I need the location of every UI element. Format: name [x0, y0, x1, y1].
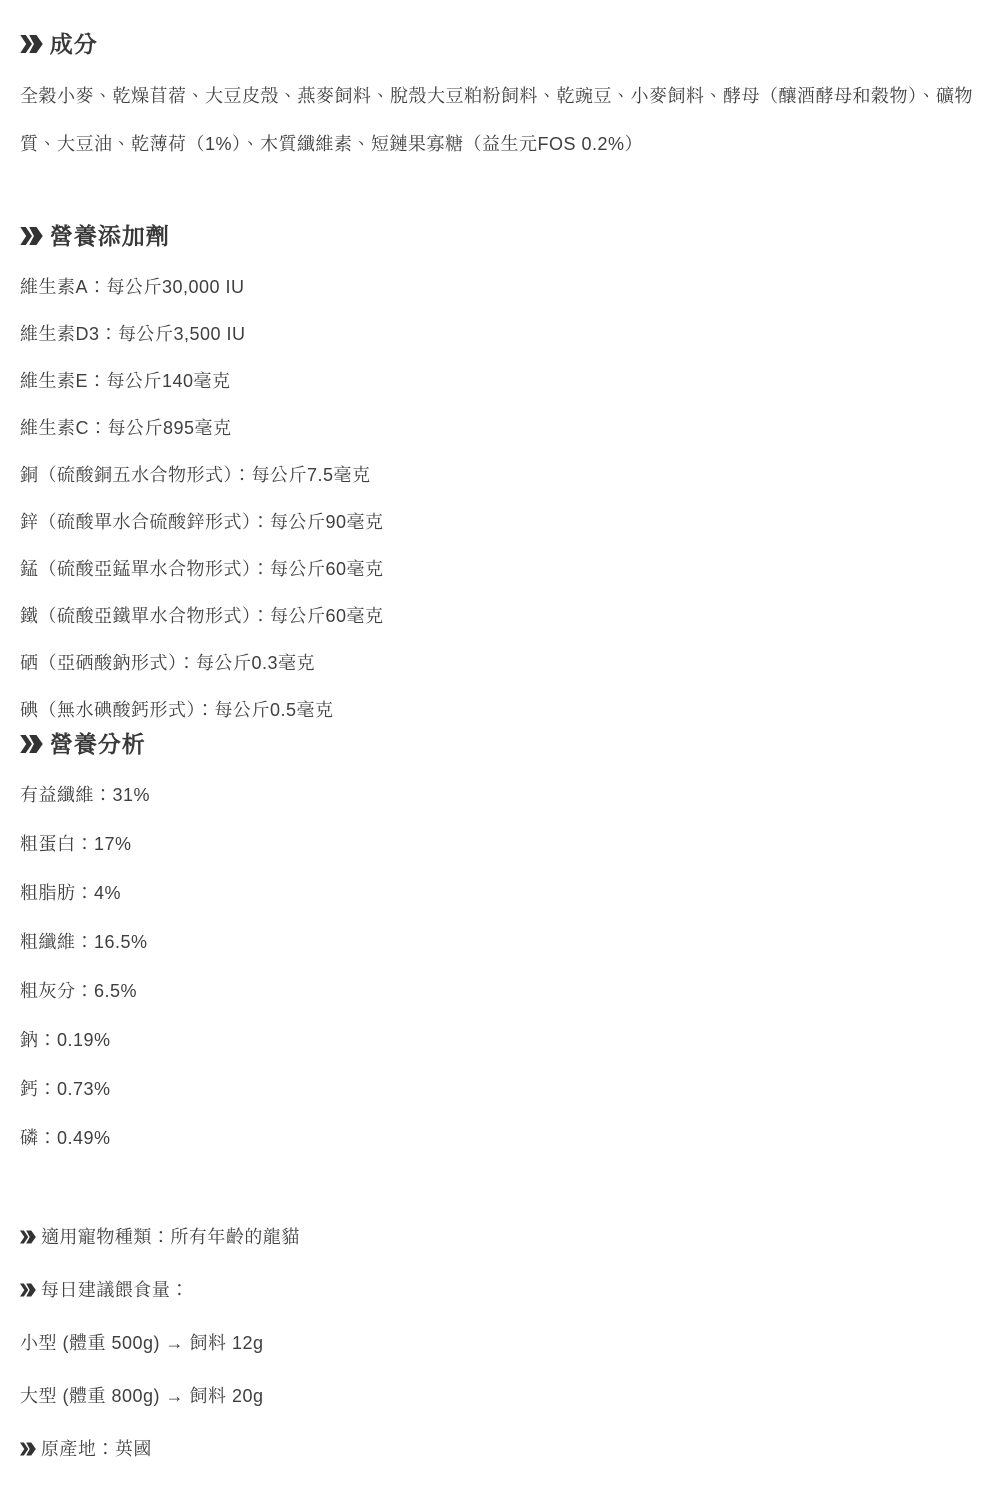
analysis-title-text: 營養分析 [50, 730, 146, 758]
additives-title-text: 營養添加劑 [50, 222, 170, 250]
double-chevron-right-icon [20, 1283, 36, 1296]
additive-item: 維生素C：每公斤895毫克 [20, 418, 980, 438]
analysis-item: 粗蛋白：17% [20, 834, 980, 854]
additive-item: 鋅（硫酸單水合硫酸鋅形式）：每公斤90毫克 [20, 512, 980, 532]
additive-item: 維生素D3：每公斤3,500 IU [20, 324, 980, 344]
ingredients-title-text: 成分 [50, 30, 98, 58]
analysis-item: 有益纖維：31% [20, 785, 980, 805]
additive-item: 錳（硫酸亞錳單水合物形式）：每公斤60毫克 [20, 559, 980, 579]
origin-text: 原產地：英國 [41, 1438, 152, 1460]
feeding-title-text: 每日建議餵食量： [41, 1279, 189, 1301]
ingredients-text: 全穀小麥、乾燥苜蓿、大豆皮殼、燕麥飼料、脫殼大豆粕粉飼料、乾豌豆、小麥飼料、酵母… [20, 72, 980, 168]
additive-item: 維生素A：每公斤30,000 IU [20, 277, 980, 297]
section-additives: 營養添加劑 維生素A：每公斤30,000 IU 維生素D3：每公斤3,500 I… [20, 222, 980, 720]
ingredients-title: 成分 [20, 30, 980, 58]
analysis-item: 鈣：0.73% [20, 1079, 980, 1099]
feeding-title-line: 每日建議餵食量： [20, 1279, 980, 1301]
additive-item: 碘（無水碘酸鈣形式）：每公斤0.5毫克 [20, 700, 980, 720]
analysis-title: 營養分析 [20, 730, 980, 758]
feeding-large-line: 大型 (體重 800g) → 飼料 20g [20, 1385, 980, 1407]
additive-item: 鐵（硫酸亞鐵單水合物形式）：每公斤60毫克 [20, 606, 980, 626]
double-chevron-right-icon [20, 1442, 36, 1455]
double-chevron-right-icon [20, 35, 43, 54]
analysis-item: 鈉：0.19% [20, 1030, 980, 1050]
additive-item: 銅（硫酸銅五水合物形式）：每公斤7.5毫克 [20, 465, 980, 485]
section-analysis: 營養分析 有益纖維：31% 粗蛋白：17% 粗脂肪：4% 粗纖維：16.5% 粗… [20, 730, 980, 1148]
analysis-item: 磷：0.49% [20, 1128, 980, 1148]
additive-item: 維生素E：每公斤140毫克 [20, 371, 980, 391]
additive-item: 硒（亞硒酸鈉形式）：每公斤0.3毫克 [20, 653, 980, 673]
origin-line: 原產地：英國 [20, 1438, 980, 1460]
analysis-item: 粗脂肪：4% [20, 883, 980, 903]
pet-type-line: 適用寵物種類：所有年齡的龍貓 [20, 1226, 980, 1248]
double-chevron-right-icon [20, 227, 43, 246]
analysis-item: 粗灰分：6.5% [20, 981, 980, 1001]
feeding-small-line: 小型 (體重 500g) → 飼料 12g [20, 1332, 980, 1354]
double-chevron-right-icon [20, 1230, 36, 1243]
additives-title: 營養添加劑 [20, 222, 980, 250]
pet-type-text: 適用寵物種類：所有年齡的龍貓 [41, 1226, 300, 1248]
double-chevron-right-icon [20, 735, 43, 754]
section-product-info: 適用寵物種類：所有年齡的龍貓 每日建議餵食量： 小型 (體重 500g) → 飼… [20, 1226, 980, 1460]
product-description: 成分 全穀小麥、乾燥苜蓿、大豆皮殼、燕麥飼料、脫殼大豆粕粉飼料、乾豌豆、小麥飼料… [20, 30, 980, 1460]
section-ingredients: 成分 全穀小麥、乾燥苜蓿、大豆皮殼、燕麥飼料、脫殼大豆粕粉飼料、乾豌豆、小麥飼料… [20, 30, 980, 168]
analysis-item: 粗纖維：16.5% [20, 932, 980, 952]
